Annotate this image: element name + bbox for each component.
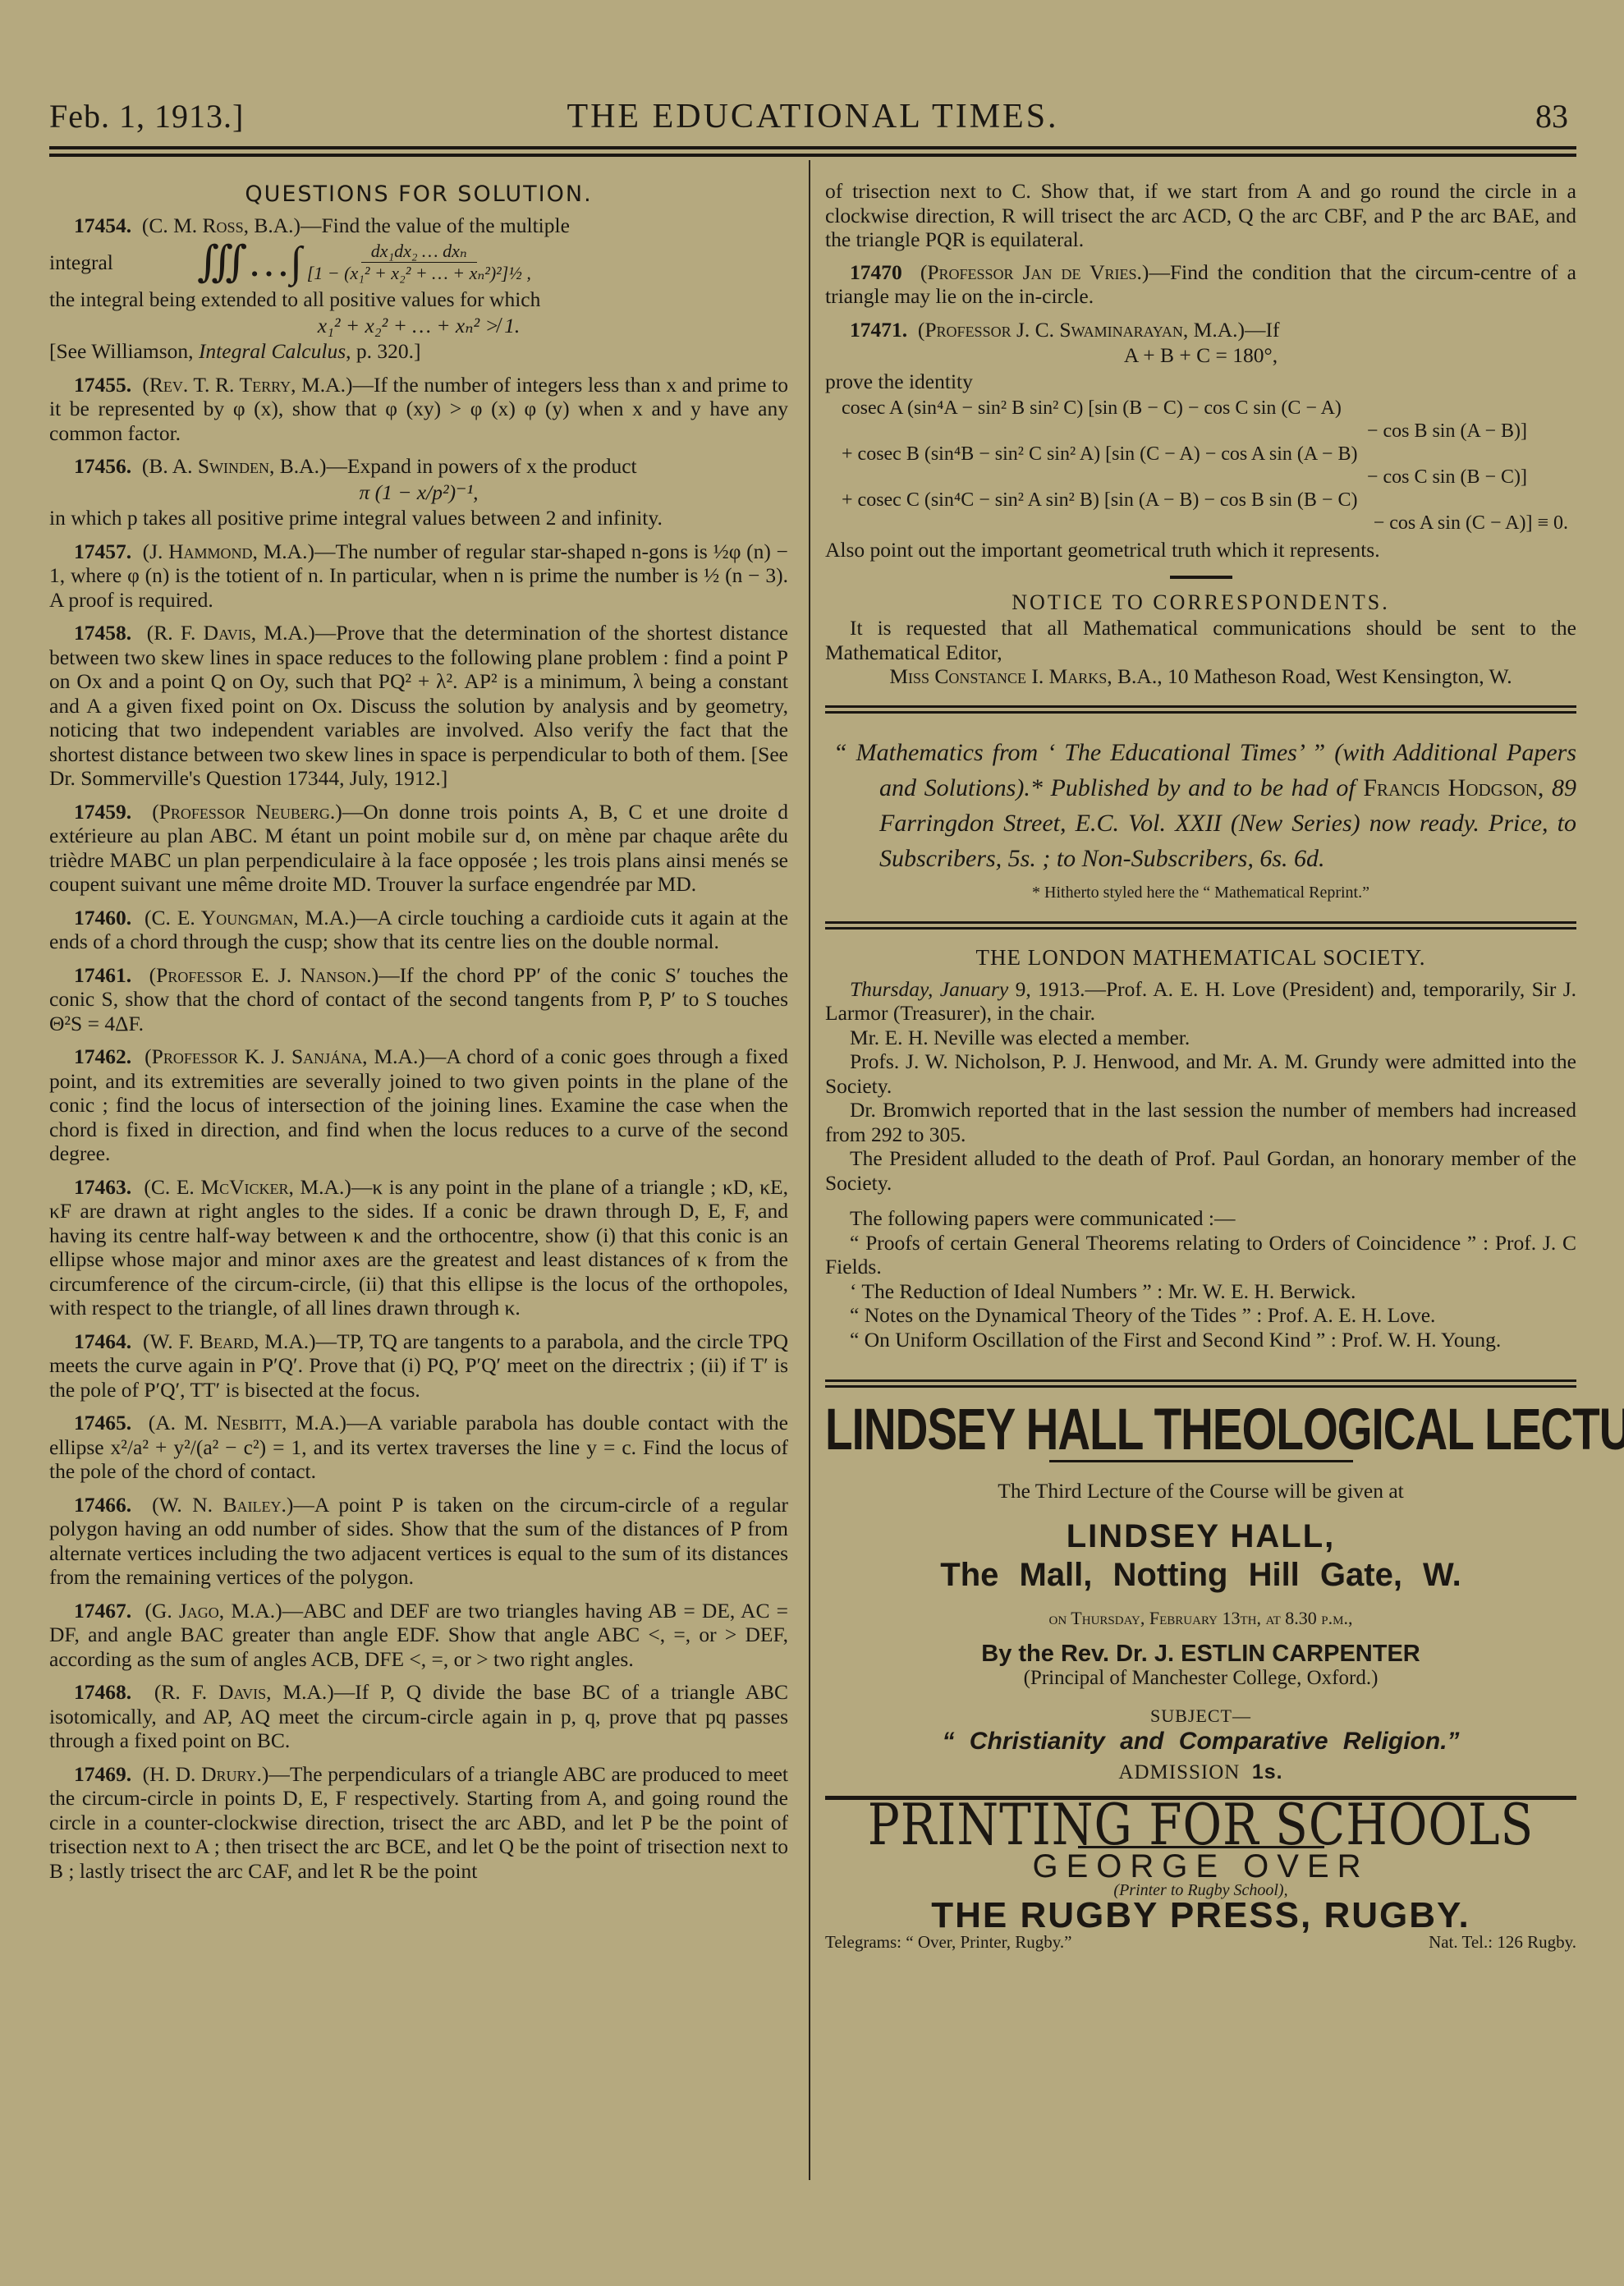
question-17467: 17467. (G. Jago, M.A.)—ABC and DEF are t… bbox=[49, 1599, 788, 1672]
question-author: (C. M. Ross, B.A.) bbox=[142, 213, 300, 237]
question-17454: 17454. (C. M. Ross, B.A.)—Find the value… bbox=[49, 213, 788, 364]
double-rule bbox=[825, 705, 1576, 714]
paper-item: “ Notes on the Dynamical Theory of the T… bbox=[825, 1303, 1576, 1328]
lecture-subject: “ Christianity and Comparative Religion.… bbox=[825, 1729, 1576, 1754]
page-number: 83 bbox=[1535, 97, 1568, 135]
lecturer: By the Rev. Dr. J. ESTLIN CARPENTER bbox=[825, 1642, 1576, 1667]
question-17459: 17459. (Professor Neuberg.)—On donne tro… bbox=[49, 800, 788, 897]
right-column: of trisection next to C. Show that, if w… bbox=[825, 179, 1576, 1955]
citation: [See Williamson, Integral Calculus, p. 3… bbox=[49, 339, 788, 364]
telegrams: Telegrams: “ Over, Printer, Rugby.” bbox=[825, 1930, 1071, 1955]
header-double-rule bbox=[49, 146, 1576, 157]
question-17468: 17468. (R. F. Davis, M.A.)—If P, Q divid… bbox=[49, 1680, 788, 1753]
question-17463: 17463. (C. E. McVicker, M.A.)—κ is any p… bbox=[49, 1175, 788, 1320]
double-rule bbox=[825, 1379, 1576, 1388]
running-header: Feb. 1, 1913.] THE EDUCATIONAL TIMES. 83 bbox=[49, 97, 1576, 146]
printer-name: GEORGE OVER bbox=[825, 1855, 1576, 1880]
question-17469-continuation: of trisection next to C. Show that, if w… bbox=[825, 179, 1576, 252]
telephone: Nat. Tel.: 126 Rugby. bbox=[1429, 1930, 1576, 1955]
printing-advertisement: PRINTING FOR SCHOOLS GEORGE OVER (Printe… bbox=[825, 1813, 1576, 1955]
question-17462: 17462. (Professor K. J. Sanjána, M.A.)—A… bbox=[49, 1044, 788, 1166]
condition-formula: x₁² + x₂² + … + xₙ² ≯ 1. bbox=[49, 314, 788, 338]
trig-identity: cosec A (sin⁴A − sin² B sin² C) [sin (B … bbox=[842, 397, 1576, 535]
notice-to-correspondents: NOTICE TO CORRESPONDENTS. It is requeste… bbox=[825, 590, 1576, 689]
question-17460: 17460. (C. E. Youngman, M.A.)—A circle t… bbox=[49, 906, 788, 954]
question-17458: 17458. (R. F. Davis, M.A.)—Prove that th… bbox=[49, 621, 788, 791]
paper-item: “ On Uniform Oscillation of the First an… bbox=[825, 1328, 1576, 1352]
lindsey-ad-title: LINDSEY HALL THEOLOGICAL LECTURES. bbox=[825, 1414, 1576, 1445]
integral-sign: ∭…∫ bbox=[197, 250, 302, 275]
lms-title: THE LONDON MATHEMATICAL SOCIETY. bbox=[825, 946, 1576, 971]
reprint-footnote: * Hitherto styled here the “ Mathematica… bbox=[825, 881, 1576, 906]
double-rule bbox=[825, 921, 1576, 930]
newspaper-page: Feb. 1, 1913.] THE EDUCATIONAL TIMES. 83… bbox=[49, 0, 1576, 2286]
integral-formula: integral ∭…∫ dx₁dx₂ … dxₙ [1 − (x₁² + x₂… bbox=[49, 241, 788, 284]
section-heading: QUESTIONS FOR SOLUTION. bbox=[49, 182, 788, 207]
question-number: 17454. bbox=[74, 213, 131, 237]
lindsey-hall-advertisement: LINDSEY HALL THEOLOGICAL LECTURES. The T… bbox=[825, 1414, 1576, 1784]
notice-title: NOTICE TO CORRESPONDENTS. bbox=[825, 590, 1576, 615]
question-17456: 17456. (B. A. Swinden, B.A.)—Expand in p… bbox=[49, 454, 788, 530]
paper-item: ‘ The Reduction of Ideal Numbers ” : Mr.… bbox=[825, 1279, 1576, 1304]
column-divider bbox=[809, 160, 810, 2180]
fraction: dx₁dx₂ … dxₙ [1 − (x₁² + x₂² + … + xₙ²)²… bbox=[307, 241, 531, 284]
printing-ad-title: PRINTING FOR SCHOOLS bbox=[825, 1811, 1576, 1839]
question-17457: 17457. (J. Hammond, M.A.)—The number of … bbox=[49, 539, 788, 613]
question-text: —Find the value of the multiple bbox=[300, 213, 570, 237]
venue: LINDSEY HALL, bbox=[825, 1517, 1576, 1555]
london-mathematical-society: THE LONDON MATHEMATICAL SOCIETY. Thursda… bbox=[825, 946, 1576, 1352]
venue-address: The Mall, Notting Hill Gate, W. bbox=[825, 1555, 1576, 1595]
question-17464: 17464. (W. F. Beard, M.A.)—TP, TQ are ta… bbox=[49, 1329, 788, 1402]
lecture-date: on Thursday, February 13th, at 8.30 p.m.… bbox=[825, 1606, 1576, 1631]
question-17461: 17461. (Professor E. J. Nanson.)—If the … bbox=[49, 963, 788, 1036]
question-17469: 17469. (H. D. Drury.)—The perpendiculars… bbox=[49, 1762, 788, 1884]
press-name: THE RUGBY PRESS, RUGBY. bbox=[825, 1903, 1576, 1928]
reprint-advertisement: “ Mathematics from ‘ The Educational Tim… bbox=[825, 735, 1576, 876]
publication-title: THE EDUCATIONAL TIMES. bbox=[49, 97, 1576, 136]
editor-address: Miss Constance I. Marks, B.A., 10 Mathes… bbox=[825, 664, 1576, 689]
left-column: QUESTIONS FOR SOLUTION. 17454. (C. M. Ro… bbox=[49, 179, 788, 1892]
section-rule bbox=[1170, 576, 1232, 579]
paper-item: “ Proofs of certain General Theorems rel… bbox=[825, 1231, 1576, 1279]
question-17471: 17471. (Professor J. C. Swaminarayan, M.… bbox=[825, 318, 1576, 562]
question-17470: 17470 (Professor Jan de Vries.)—Find the… bbox=[825, 260, 1576, 309]
question-17455: 17455. (Rev. T. R. Terry, M.A.)—If the n… bbox=[49, 373, 788, 446]
question-17466: 17466. (W. N. Bailey.)—A point P is take… bbox=[49, 1493, 788, 1590]
admission: ADMISSION 1s. bbox=[825, 1760, 1576, 1785]
question-17465: 17465. (A. M. Nesbitt, M.A.)—A variable … bbox=[49, 1411, 788, 1484]
